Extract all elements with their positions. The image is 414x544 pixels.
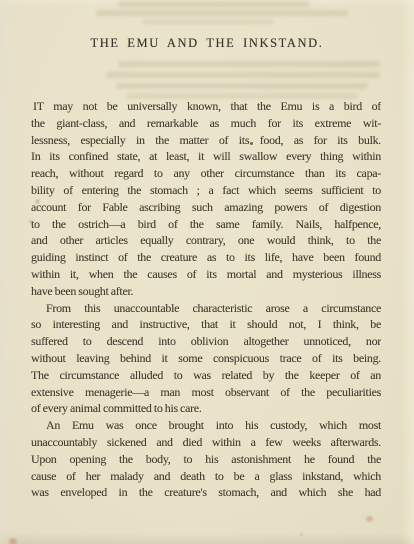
text-line: account for Fable ascribing such amazing… xyxy=(31,199,381,216)
paragraph: From this unaccountable characteristic a… xyxy=(31,300,381,418)
text-line: IT may not be universally known, that th… xyxy=(31,98,381,115)
paragraph: IT may not be universally known, that th… xyxy=(31,98,381,300)
show-through-line xyxy=(142,19,274,25)
text-line: bility of entering the stomach ; a fact … xyxy=(31,182,381,199)
text-line: Upon opening the body, to his astonishme… xyxy=(31,451,381,468)
ink-blot xyxy=(250,142,253,145)
text-line: An Emu was once brought into his custody… xyxy=(31,417,381,434)
show-through-line xyxy=(106,72,380,78)
foxing-spot xyxy=(366,516,373,522)
text-line: In its confined state, at least, it will… xyxy=(31,148,381,165)
show-through-line xyxy=(118,1,310,7)
show-through-line xyxy=(116,83,368,89)
text-line: lessness, especially in the matter of it… xyxy=(31,132,381,149)
foxing-spot xyxy=(300,533,303,536)
text-line: cause of her malady and death to be a gl… xyxy=(31,468,381,485)
text-line: within it, when the causes of its mortal… xyxy=(31,266,381,283)
show-through-line xyxy=(118,61,380,67)
text-line: unaccountably sickened and died within a… xyxy=(31,434,381,451)
text-line: so interesting and instructive, that it … xyxy=(31,316,381,333)
body-text: IT may not be universally known, that th… xyxy=(31,98,381,501)
text-line: reach, without regard to any other circu… xyxy=(31,165,381,182)
text-line: guiding instinct of the creature as to i… xyxy=(31,249,381,266)
page-title: THE EMU AND THE INKSTAND. xyxy=(0,36,414,51)
text-line: to the ostrich—a bird of the same family… xyxy=(31,216,381,233)
text-line: the giant-class, and remarkable as much … xyxy=(31,115,381,132)
text-line: have been sought after. xyxy=(31,283,381,300)
paragraph: An Emu was once brought into his custody… xyxy=(31,417,381,501)
text-line: and other articles equally contrary, one… xyxy=(31,232,381,249)
text-line: without leaving behind it some conspicuo… xyxy=(31,350,381,367)
foxing-spot xyxy=(29,220,33,223)
book-page: THE EMU AND THE INKSTAND. IT may not be … xyxy=(0,0,414,544)
foxing-spot xyxy=(9,538,17,544)
text-line: of every animal committed to his care. xyxy=(31,400,381,417)
show-through-line xyxy=(96,10,348,16)
text-line: The circumstance alluded to was related … xyxy=(31,367,381,384)
text-line: extensive menagerie—a man most observant… xyxy=(31,384,381,401)
text-line: suffered to descend into oblivion altoge… xyxy=(31,333,381,350)
text-line: From this unaccountable characteristic a… xyxy=(31,300,381,317)
text-line: was enveloped in the creature's stomach,… xyxy=(31,484,381,501)
